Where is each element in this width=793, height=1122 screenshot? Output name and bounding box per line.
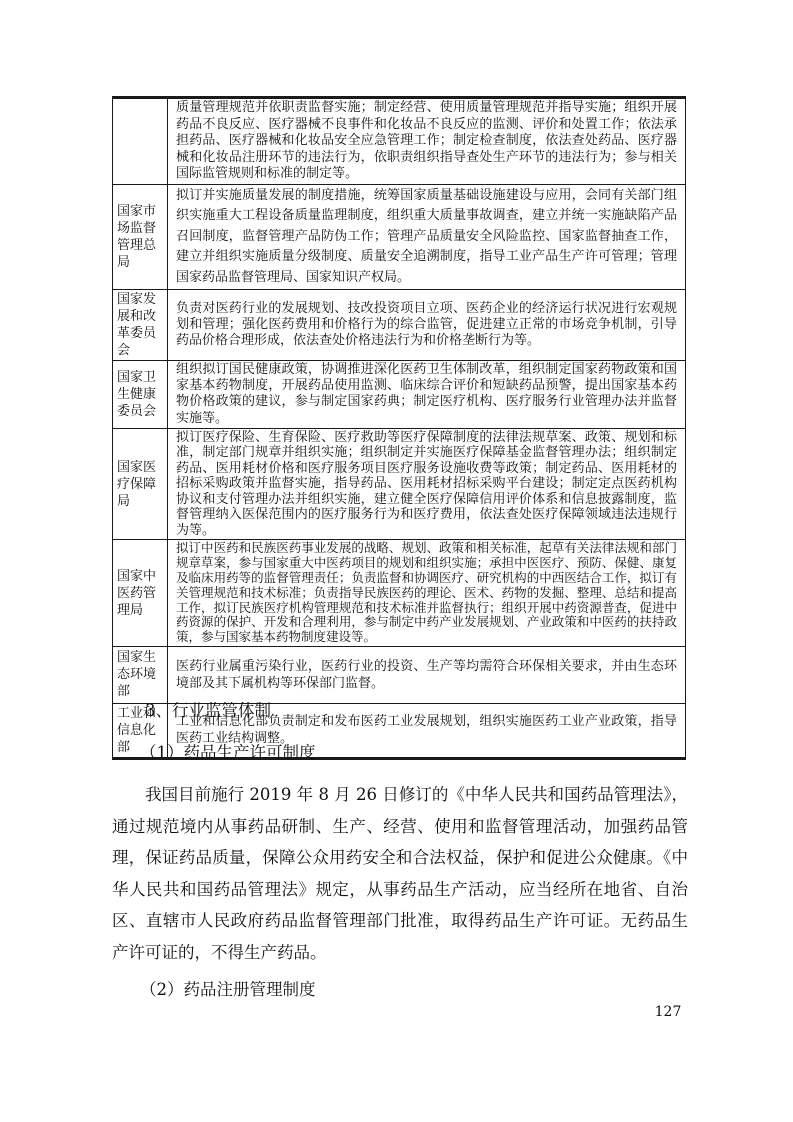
description-cell: 拟订并实施质量发展的制度措施，统筹国家质量基础设施建设与应用，会同有关部门组织实…	[168, 184, 686, 290]
regulators-table: 质量管理规范并依职责监督实施；制定经营、使用质量管理规范并指导实施；组织开展药品…	[112, 96, 686, 760]
description-cell: 拟订中医药和民族医药事业发展的战略、规划、政策和相关标准，起草有关法律法规和部门…	[168, 540, 686, 647]
agency-cell: 国家医疗保障局	[113, 428, 168, 540]
document-page: 质量管理规范并依职责监督实施；制定经营、使用质量管理规范并指导实施；组织开展药品…	[0, 0, 793, 1122]
agency-cell: 国家生态环境部	[113, 646, 168, 703]
agency-cell	[113, 98, 168, 185]
paragraph-production-license: 我国目前施行 2019 年 8 月 26 日修订的《中华人民共和国药品管理法》，…	[112, 779, 688, 968]
table-row: 国家卫生健康委员会 组织拟订国民健康政策，协调推进深化医药卫生体制改革，组织制定…	[113, 361, 686, 429]
agency-cell: 国家中医药管理局	[113, 540, 168, 647]
description-cell: 医药行业属重污染行业，医药行业的投资、生产等均需符合环保相关要求，并由生态环境部…	[168, 646, 686, 703]
page-number: 127	[648, 1004, 688, 1020]
section-heading-industry-regulation: 3、行业监管体制	[112, 697, 688, 721]
table-row: 国家中医药管理局 拟订中医药和民族医药事业发展的战略、规划、政策和相关标准，起草…	[113, 540, 686, 647]
subsection-heading-drug-registration: （2）药品注册管理制度	[112, 976, 688, 1000]
table-row: 质量管理规范并依职责监督实施；制定经营、使用质量管理规范并指导实施；组织开展药品…	[113, 98, 686, 185]
agency-cell: 国家市场监督管理总局	[113, 184, 168, 290]
agency-cell: 国家卫生健康委员会	[113, 361, 168, 429]
table-row: 国家生态环境部 医药行业属重污染行业，医药行业的投资、生产等均需符合环保相关要求…	[113, 646, 686, 703]
description-cell: 组织拟订国民健康政策，协调推进深化医药卫生体制改革，组织制定国家药物政策和国家基…	[168, 361, 686, 429]
description-cell: 负责对医药行业的发展规划、技改投资项目立项、医药企业的经济运行状况进行宏观规划和…	[168, 290, 686, 361]
description-cell: 拟订医疗保险、生育保险、医疗救助等医疗保障制度的法律法规草案、政策、规划和标准，…	[168, 428, 686, 540]
subsection-heading-production-license: （1）药品生产许可制度	[112, 739, 688, 763]
table-row: 国家医疗保障局 拟订医疗保险、生育保险、医疗救助等医疗保障制度的法律法规草案、政…	[113, 428, 686, 540]
description-cell: 质量管理规范并依职责监督实施；制定经营、使用质量管理规范并指导实施；组织开展药品…	[168, 98, 686, 185]
table-row: 国家市场监督管理总局 拟订并实施质量发展的制度措施，统筹国家质量基础设施建设与应…	[113, 184, 686, 290]
agency-cell: 国家发展和改革委员会	[113, 290, 168, 361]
table-row: 国家发展和改革委员会 负责对医药行业的发展规划、技改投资项目立项、医药企业的经济…	[113, 290, 686, 361]
